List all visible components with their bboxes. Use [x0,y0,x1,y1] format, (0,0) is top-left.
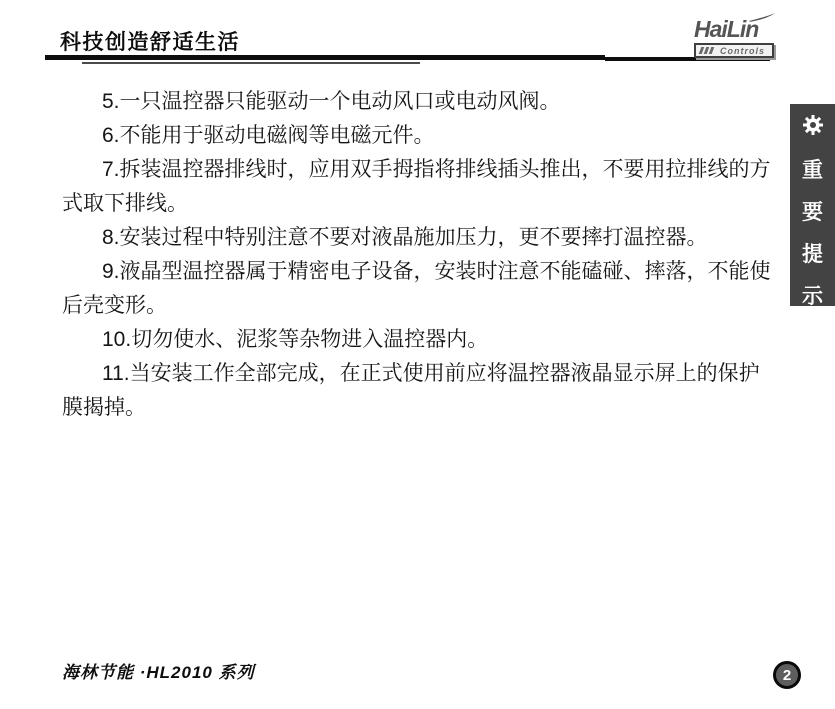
instruction-item-9-cont: 后壳变形。 [62,289,771,323]
manual-page: 科技创造舒适生活 HaiLin Controls [0,0,835,709]
logo-controls-text: Controls [720,46,765,56]
instruction-item-7: 7.拆装温控器排线时，应用双手拇指将排线插头推出，不要用拉排线的方 [62,153,771,187]
logo-controls-box: Controls [694,43,774,58]
instruction-item-11-cont: 膜揭掉。 [62,391,771,425]
instruction-item-6: 6.不能用于驱动电磁阀等电磁元件。 [62,119,771,153]
instruction-item-10: 10.切勿使水、泥浆等杂物进入温控器内。 [62,323,771,357]
header-rule-shadow [82,62,420,64]
instruction-item-7-cont: 式取下排线。 [62,187,771,221]
tab-char: 要 [802,201,823,225]
page-number-badge: 2 [773,661,801,689]
instruction-item-9: 9.液晶型温控器属于精密电子设备，安装时注意不能磕碰、摔落，不能使 [62,255,771,289]
footer-series-label: 海林节能 ·HL2010 系列 [62,658,255,683]
instructions-list: 5.一只温控器只能驱动一个电动风口或电动风阀。 6.不能用于驱动电磁阀等电磁元件… [62,85,771,425]
tab-char: 示 [802,285,823,309]
tab-char: 重 [802,159,823,183]
gear-icon [801,113,825,137]
important-notice-tab: 重 要 提 示 [790,104,835,306]
header-slogan: 科技创造舒适生活 [60,26,240,56]
header-rule [45,55,605,60]
instruction-item-5: 5.一只温控器只能驱动一个电动风口或电动风阀。 [62,85,771,119]
tab-char: 提 [802,243,823,267]
logo-brand-row: HaiLin [694,16,774,42]
instruction-item-11: 11.当安装工作全部完成，在正式使用前应将温控器液晶显示屏上的保护 [62,357,771,391]
swoosh-icon [748,9,776,27]
hailin-logo: HaiLin Controls [694,16,774,58]
instruction-item-8: 8.安装过程中特别注意不要对液晶施加压力，更不要摔打温控器。 [62,221,771,255]
